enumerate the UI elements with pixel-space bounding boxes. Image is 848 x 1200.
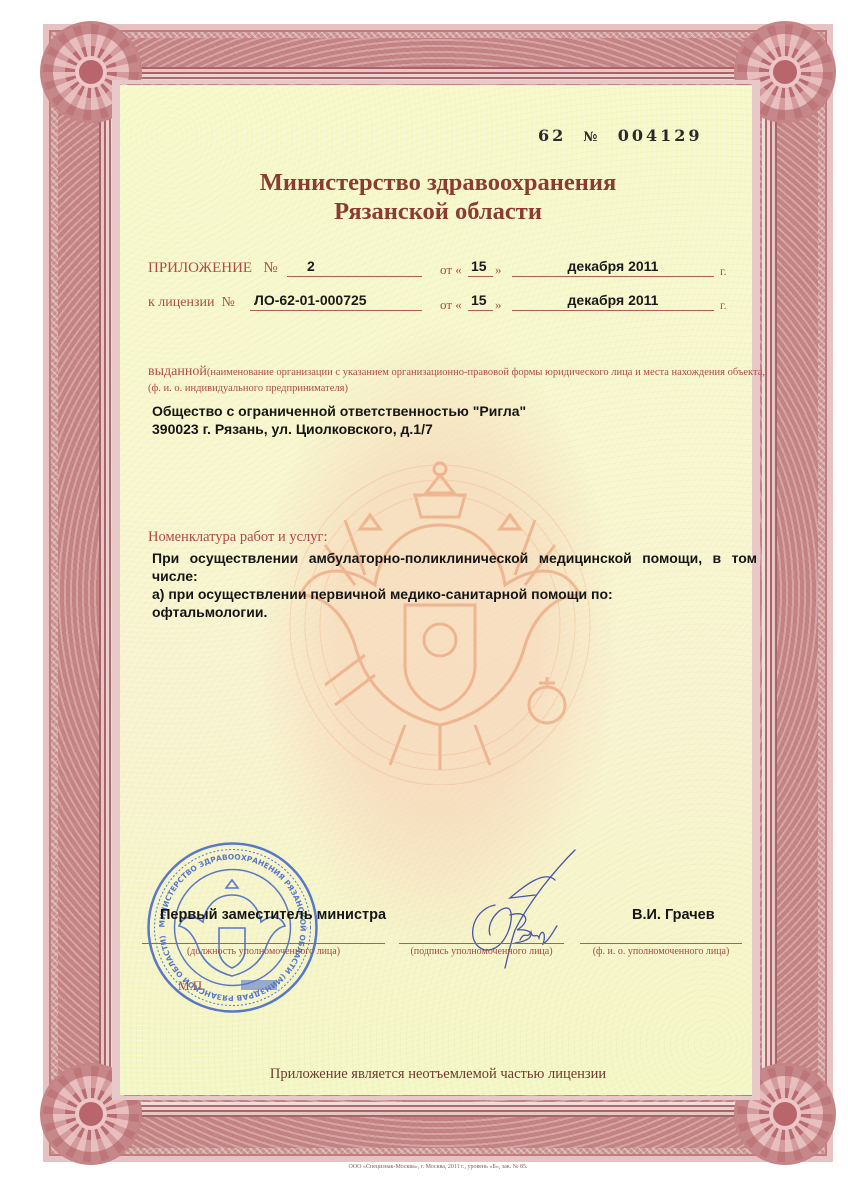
services-line-2: а) при осуществлении первичной медико-са… [152,585,613,603]
caption-signature: (подпись уполномоченного лица) [399,946,564,957]
seal-place-label: М.П. [178,978,205,994]
appendix-label: ПРИЛОЖЕНИЕ № [148,260,278,277]
license-day: 15 [471,292,487,308]
appendix-month-year: декабря 2011 [512,258,714,274]
appendix-year-suffix: г. [720,264,727,279]
issued-to-hint: выданной(наименование организации с указ… [148,364,748,381]
signatory-name: В.И. Грачев [632,906,715,924]
issuer-region: Рязанской области [118,197,758,227]
appendix-date-line [512,276,714,277]
caption-position: (должность уполномоченного лица) [142,946,385,957]
license-day-close: » [495,297,502,313]
services-line-1: При осуществлении амбулаторно-поликлинич… [152,549,757,585]
appendix-number: 2 [307,258,315,274]
form-serial-number: 62 № 004129 [538,126,702,145]
signature-line [399,943,564,944]
appendix-day-line [468,276,493,277]
caption-name: (ф. и. о. уполномоченного лица) [580,946,742,957]
double-headed-eagle-watermark-icon [285,455,595,785]
services-label: Номенклатура работ и услуг: [148,529,327,546]
license-from-label: от « [440,297,462,313]
license-month-year: декабря 2011 [512,292,714,308]
appendix-day-close: » [495,262,502,278]
license-date-line [512,310,714,311]
appendix-day: 15 [471,258,487,274]
organization-address: 390023 г. Рязань, ул. Циолковского, д.1/… [152,420,433,438]
appendix-number-line [287,276,422,277]
organization-name: Общество с ограниченной ответственностью… [152,402,526,420]
license-number: ЛО-62-01-000725 [254,292,367,308]
position-signature-line [142,943,385,944]
name-signature-line [580,943,742,944]
signatory-position: Первый заместитель министра [160,906,386,924]
printer-imprint: ООО «Специзнак-Москва», г. Москва, 2011 … [118,1164,758,1170]
issuer-title: Министерство здравоохранения [118,168,758,198]
official-seal-stamp-icon: МИНИСТЕРСТВО ЗДРАВООХРАНЕНИЯ РЯЗАНСКОЙ О… [145,840,320,1015]
appendix-integral-part-note: Приложение является неотъемлемой частью … [118,1066,758,1083]
services-line-3: офтальмологии. [152,603,267,621]
license-day-line [468,310,493,311]
issued-to-hint-2: (ф. и. о. индивидуального предпринимател… [148,381,348,397]
appendix-from-label: от « [440,262,462,278]
license-number-line [250,310,422,311]
license-label: к лицензии № [148,295,235,311]
license-year-suffix: г. [720,298,727,313]
